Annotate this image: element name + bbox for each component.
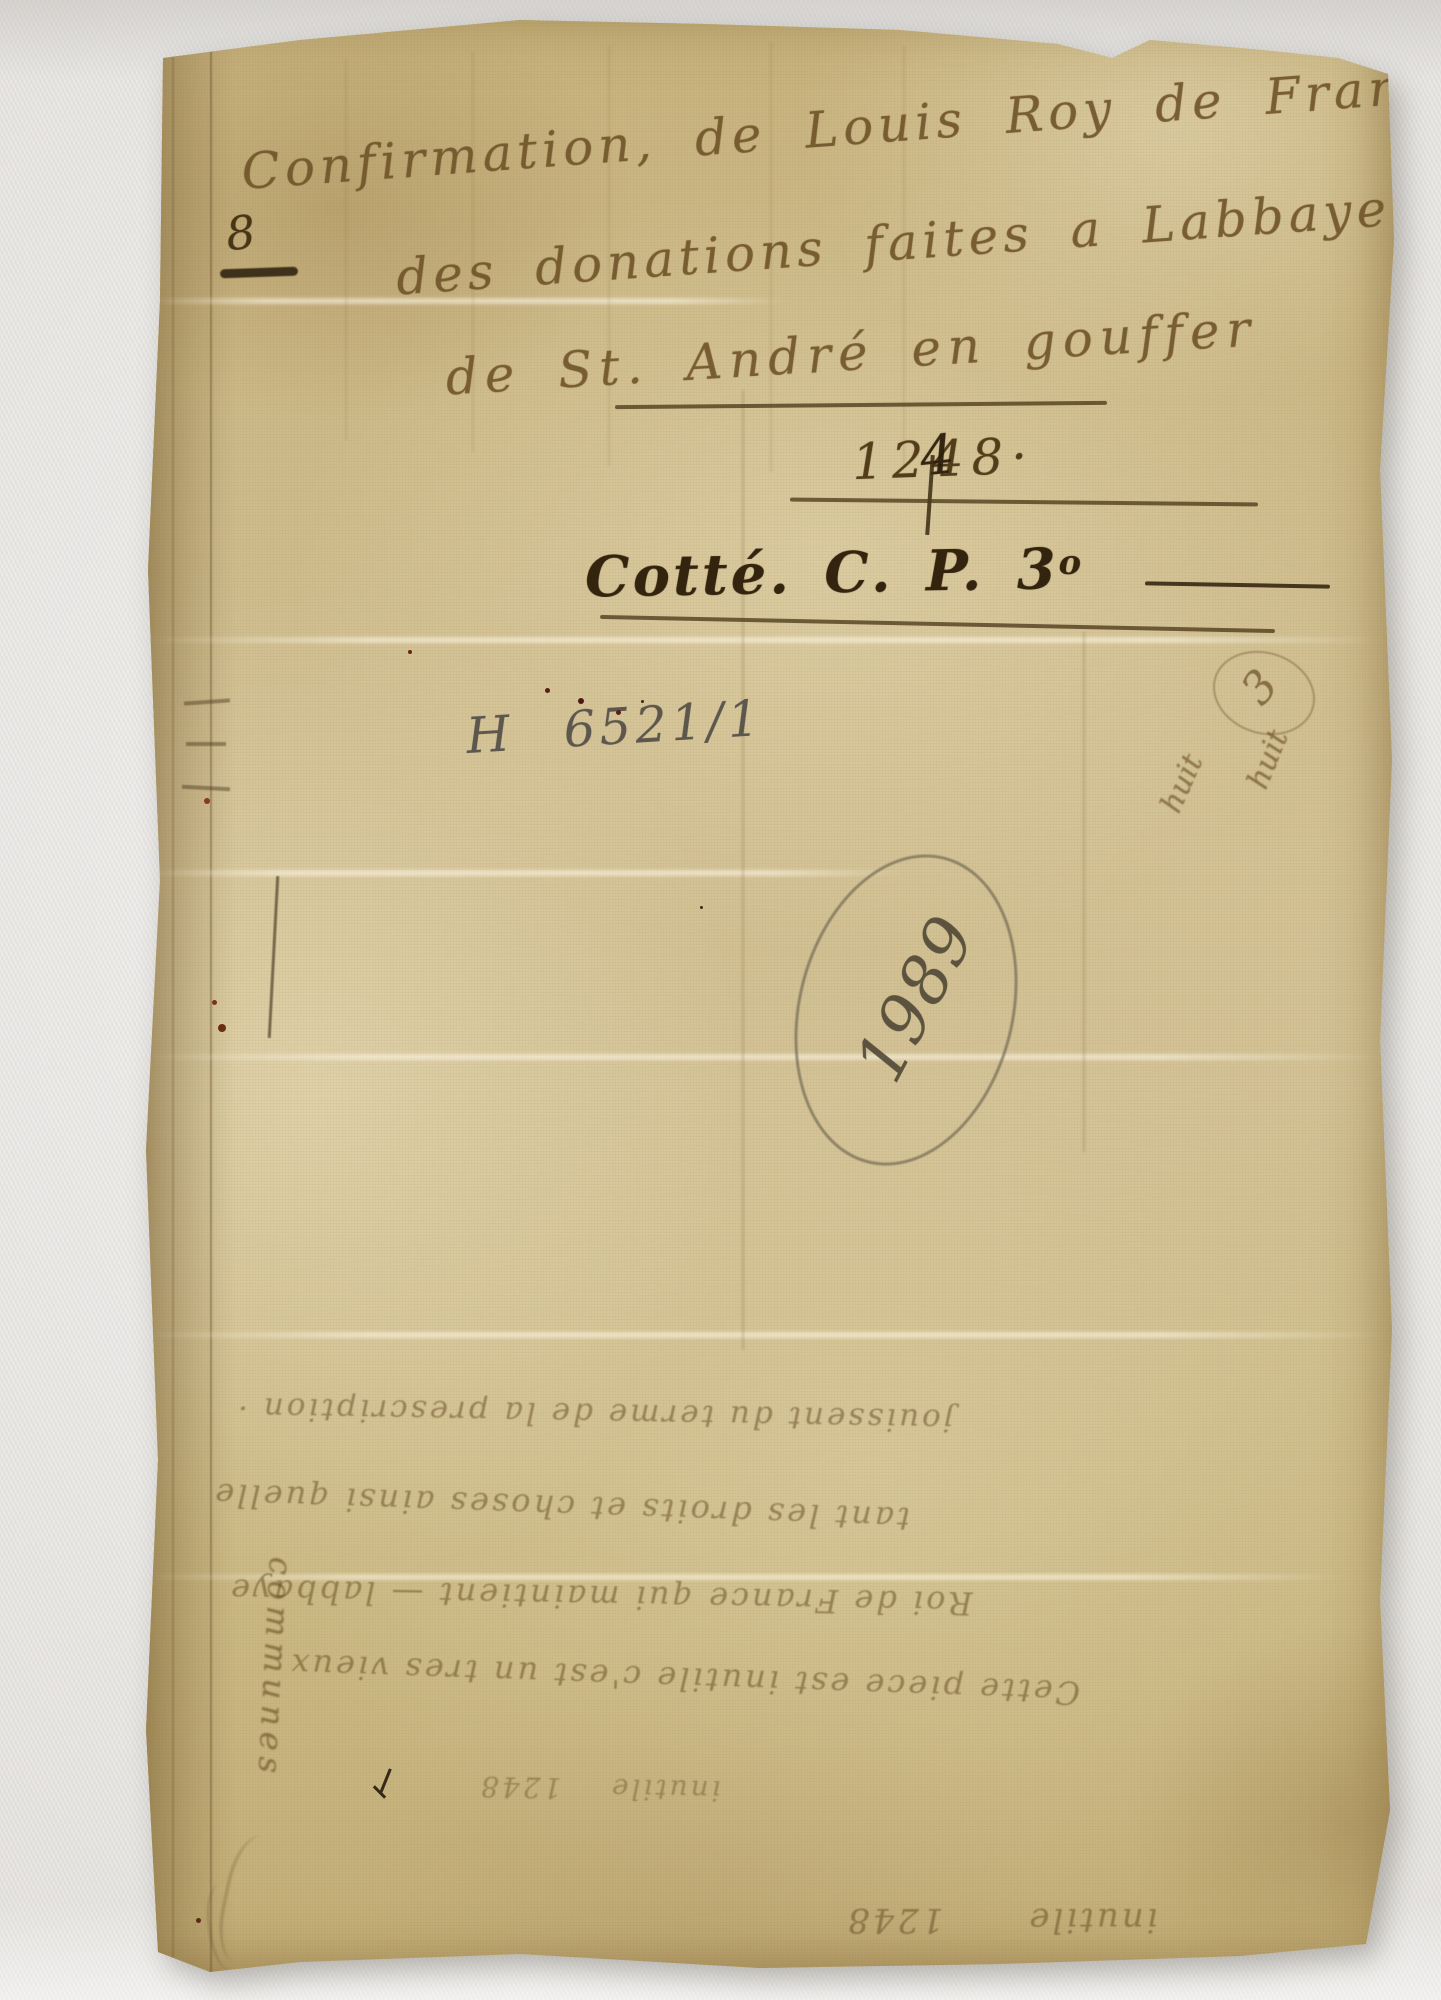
ink-speck bbox=[578, 698, 584, 704]
ink-speck bbox=[616, 710, 621, 715]
rust-spot bbox=[204, 798, 210, 804]
crease-line-vertical bbox=[345, 60, 347, 440]
left-fold-crease-2 bbox=[172, 12, 174, 1980]
ink-speck bbox=[700, 906, 703, 909]
cote-main: Cotté. C. P. 3 bbox=[584, 536, 1059, 610]
crease-line bbox=[146, 637, 1386, 643]
crease-line-vertical bbox=[1083, 632, 1085, 1152]
ink-speck bbox=[408, 650, 412, 654]
left-fold-crease bbox=[210, 12, 212, 1980]
parchment-sheet: 8 Confirmation, de Louis Roy de France d… bbox=[138, 12, 1400, 1980]
cote-superscript: o bbox=[1058, 543, 1084, 583]
crease-line bbox=[146, 1332, 1386, 1338]
crease-line bbox=[146, 1054, 1386, 1060]
crease-line bbox=[146, 870, 906, 876]
cote-label: Cotté. C. P. 3o bbox=[584, 536, 1084, 611]
stitch-mark bbox=[186, 742, 226, 746]
ink-speck bbox=[641, 700, 644, 703]
inverted-note-6: inutile 1248 bbox=[845, 1900, 1158, 1940]
rust-spot bbox=[196, 1918, 201, 1923]
archival-photo-page: { "photo": { "backdrop": "#eae8e5", "par… bbox=[0, 0, 1441, 2000]
year-overwritten-digit: 4 bbox=[917, 422, 958, 488]
rust-spot bbox=[212, 1000, 217, 1005]
ink-speck bbox=[545, 688, 550, 693]
crease-line-vertical bbox=[742, 390, 744, 1350]
left-fold-strip bbox=[138, 12, 236, 1980]
rust-spot bbox=[218, 1024, 226, 1032]
inverted-note-5: inutile 1248 bbox=[478, 1770, 721, 1807]
corner-number: 8 bbox=[223, 205, 258, 262]
